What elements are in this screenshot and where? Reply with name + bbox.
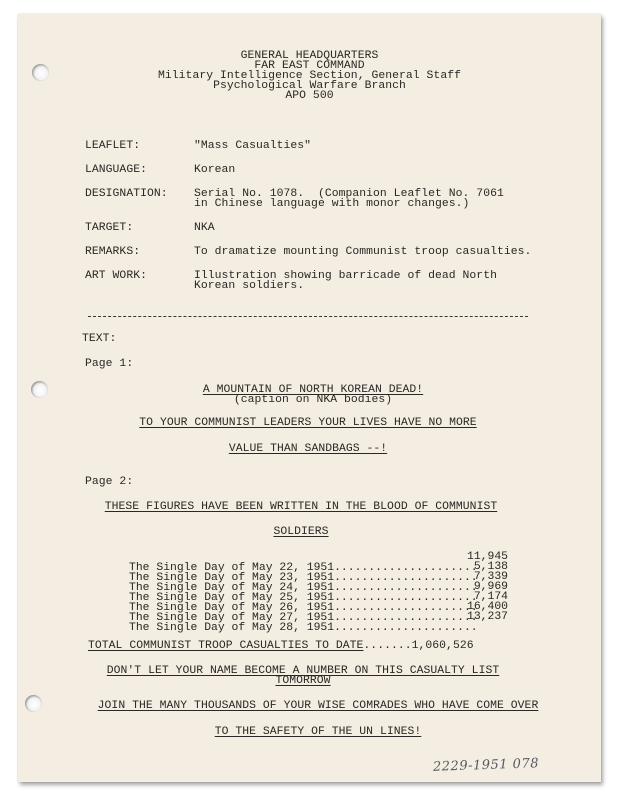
page-2-label: Page 2: <box>85 477 133 488</box>
punch-hole <box>25 695 42 712</box>
field-label-language: LANGUAGE: <box>85 165 147 176</box>
warning-line-2: TOMORROW <box>80 676 526 687</box>
field-label-target: TARGET: <box>85 223 133 234</box>
field-label-remarks: REMARKS: <box>85 247 140 258</box>
field-value-target: NKA <box>194 223 215 234</box>
appeal-line-1: JOIN THE MANY THOUSANDS OF YOUR WISE COM… <box>78 701 558 712</box>
page-1-line-1: TO YOUR COMMUNIST LEADERS YOUR LIVES HAV… <box>98 418 518 429</box>
page-2-heading-1: THESE FIGURES HAVE BEEN WRITTEN IN THE B… <box>78 502 524 513</box>
field-value-language: Korean <box>194 165 235 176</box>
field-value-art-work-cont: Korean soldiers. <box>194 281 304 292</box>
text-label: TEXT: <box>82 334 116 345</box>
page-2-heading-2: SOLDIERS <box>78 527 524 538</box>
field-value-leaflet: "Mass Casualties" <box>194 141 311 152</box>
document-page: GENERAL HEADQUARTERS FAR EAST COMMAND Mi… <box>18 14 601 782</box>
field-label-designation: DESIGNATION: <box>85 189 168 200</box>
total-value: 1,060,526 <box>412 640 474 652</box>
field-value-designation-cont: in Chinese language with monor changes.) <box>194 199 469 210</box>
field-label-leaflet: LEAFLET: <box>85 141 140 152</box>
page-1-line-2: VALUE THAN SANDBAGS --! <box>98 444 518 455</box>
total-dots: ....... <box>363 640 411 652</box>
header-line-5: APO 500 <box>18 91 601 102</box>
appeal-line-2: TO THE SAFETY OF THE UN LINES! <box>78 727 558 738</box>
total-label: TOTAL COMMUNIST TROOP CASUALTIES TO DATE <box>88 640 363 652</box>
page-1-label: Page 1: <box>85 359 133 370</box>
total-casualties: TOTAL COMMUNIST TROOP CASUALTIES TO DATE… <box>88 641 474 652</box>
field-value-remarks: To dramatize mounting Communist troop ca… <box>194 247 531 258</box>
field-label-art-work: ART WORK: <box>85 271 147 282</box>
casualty-day: The Single Day of May 28, 1951..........… <box>129 622 478 634</box>
dashed-divider <box>88 316 528 317</box>
page-1-caption: (caption on NKA bodies) <box>188 395 438 406</box>
casualty-count: 13,237 <box>467 612 508 623</box>
punch-hole <box>31 381 48 398</box>
